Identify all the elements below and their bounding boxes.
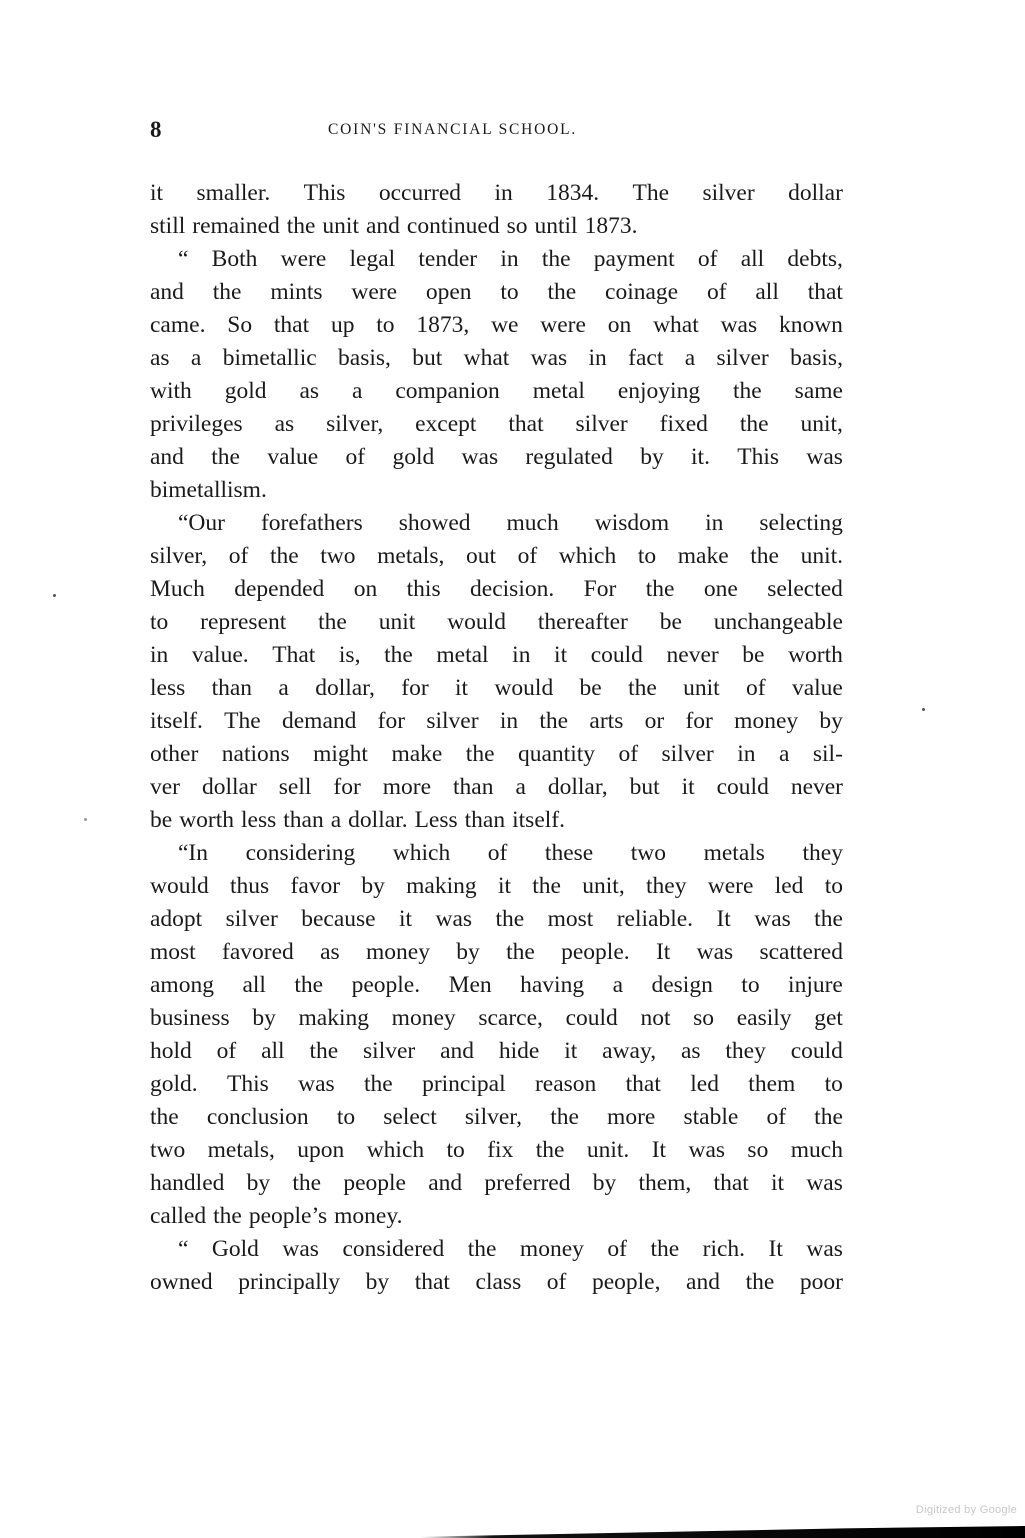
word: be: [660, 606, 682, 639]
word: tender: [418, 243, 477, 276]
word: sell: [279, 771, 312, 804]
word: metal: [533, 375, 585, 408]
word: as: [150, 342, 170, 375]
word: they: [646, 870, 686, 903]
word: 1873,: [416, 309, 469, 342]
word: It: [716, 903, 730, 936]
word: than: [453, 771, 493, 804]
word: the: [542, 243, 571, 276]
text-line: invalue.Thatis,themetalinitcouldneverbew…: [150, 639, 843, 672]
text-line: businessbymakingmoneyscarce,couldnotsoea…: [150, 1002, 843, 1035]
word: dollar: [202, 771, 257, 804]
running-head: 8 COIN'S FINANCIAL SCHOOL.: [150, 117, 842, 147]
word: basis,: [790, 342, 843, 375]
word: led: [690, 1068, 719, 1101]
word: unit: [683, 672, 720, 705]
word: by: [366, 1266, 390, 1299]
word: the: [213, 276, 242, 309]
word: a: [278, 672, 288, 705]
word: until: [535, 210, 578, 243]
word: it: [399, 903, 412, 936]
word: The: [224, 705, 261, 738]
text-line: holdofallthesilverandhideitaway,astheyco…: [150, 1035, 843, 1068]
digitized-watermark: Digitized by Google: [916, 1504, 1017, 1516]
word: itself.: [512, 804, 565, 837]
word: worth: [788, 639, 843, 672]
word: be: [580, 672, 602, 705]
word: two: [150, 1134, 185, 1167]
word: in: [589, 342, 607, 375]
word: that: [808, 276, 843, 309]
word: continued: [407, 210, 500, 243]
word: that: [508, 408, 543, 441]
word: of: [547, 1266, 567, 1299]
word: regulated: [525, 441, 612, 474]
word: could: [791, 1035, 843, 1068]
word: all: [242, 969, 266, 1002]
word: was: [806, 1167, 843, 1200]
text-line: verdollarsellformorethanadollar,butitcou…: [150, 771, 843, 804]
word: it: [498, 870, 511, 903]
text-line: handledbythepeopleandpreferredbythem,tha…: [150, 1167, 843, 1200]
word: never: [667, 639, 719, 672]
word: the: [309, 1035, 338, 1068]
word: we: [491, 309, 518, 342]
word: the: [733, 375, 762, 408]
word: it: [554, 639, 567, 672]
word: the: [650, 1233, 679, 1266]
word: Gold: [212, 1233, 259, 1266]
word: the: [213, 1200, 242, 1233]
word: would: [494, 672, 553, 705]
word: to: [447, 1134, 465, 1167]
word: to: [150, 606, 168, 639]
word: in: [512, 639, 530, 672]
word: for: [401, 672, 428, 705]
word: were: [351, 276, 397, 309]
word: was: [462, 441, 499, 474]
word: mints: [270, 276, 322, 309]
word: on: [354, 573, 378, 606]
word: the: [292, 1167, 321, 1200]
word: The: [632, 177, 669, 210]
word: unit: [322, 210, 359, 243]
word: came.: [150, 309, 205, 342]
word: were: [540, 309, 586, 342]
word: could: [566, 1002, 618, 1035]
word: a: [352, 375, 362, 408]
word: in: [737, 738, 755, 771]
word: conclusion: [207, 1101, 309, 1134]
word: injure: [788, 969, 843, 1002]
word: same: [795, 375, 843, 408]
word: unchangeable: [714, 606, 843, 639]
word: other: [150, 738, 198, 771]
word: dollar,: [548, 771, 608, 804]
word: the: [495, 903, 524, 936]
word: thus: [230, 870, 269, 903]
word: of: [698, 243, 718, 276]
word: more: [383, 771, 431, 804]
word: value: [267, 441, 318, 474]
word: by: [819, 705, 843, 738]
word: the: [548, 276, 577, 309]
word: the: [646, 573, 675, 606]
word: and: [428, 1167, 462, 1200]
word: money: [366, 936, 430, 969]
word: showed: [399, 507, 471, 540]
word: a: [191, 342, 201, 375]
word: was: [688, 1134, 725, 1167]
word: This: [304, 177, 346, 210]
word: among: [150, 969, 214, 1002]
word: silver,: [465, 1101, 522, 1134]
word: of: [766, 1101, 786, 1134]
word: much: [791, 1134, 843, 1167]
word: in: [500, 243, 518, 276]
word: out: [466, 540, 496, 573]
word: would: [447, 606, 506, 639]
word: called: [150, 1200, 206, 1233]
word: quantity: [518, 738, 595, 771]
word: Much: [150, 573, 205, 606]
word: That: [272, 639, 315, 672]
word: to: [741, 969, 759, 1002]
word: owned: [150, 1266, 213, 1299]
word: silver: [363, 1035, 415, 1068]
word: by: [456, 936, 480, 969]
word: so: [747, 1134, 768, 1167]
word: bimetallic: [223, 342, 317, 375]
word: that: [274, 309, 309, 342]
word: but: [412, 342, 442, 375]
word: what: [464, 342, 510, 375]
word: all: [741, 243, 765, 276]
text-line: gold.Thiswastheprincipalreasonthatledthe…: [150, 1068, 843, 1101]
word: itself.: [150, 705, 203, 738]
text-line: bimetallism.: [150, 474, 843, 507]
word: to: [638, 540, 656, 573]
word: of: [618, 738, 638, 771]
scan-speck: [53, 594, 56, 597]
word: but: [630, 771, 660, 804]
word: the: [814, 1101, 843, 1134]
word: and: [366, 210, 400, 243]
word: could: [717, 771, 769, 804]
page-number: 8: [150, 117, 162, 143]
word: most: [150, 936, 196, 969]
word: silver: [662, 738, 714, 771]
word: the: [294, 969, 323, 1002]
word: in: [494, 177, 512, 210]
word: and: [440, 1035, 474, 1068]
word: of: [229, 540, 249, 573]
word: was: [531, 342, 568, 375]
word: people: [343, 1167, 406, 1200]
word: scarce,: [478, 1002, 543, 1035]
word: these: [545, 837, 593, 870]
word: 1834.: [546, 177, 599, 210]
word: be: [150, 804, 172, 837]
word: For: [584, 573, 617, 606]
word: that: [714, 1167, 749, 1200]
word: dollar: [788, 177, 843, 210]
word: silver: [702, 177, 754, 210]
word: to: [500, 276, 518, 309]
word: principally: [238, 1266, 340, 1299]
text-line: calledthepeople’smoney.: [150, 1200, 843, 1233]
word: all: [755, 276, 779, 309]
word: which: [367, 1134, 424, 1167]
text-line: othernationsmightmakethequantityofsilver…: [150, 738, 843, 771]
text-line: withgoldasacompanionmetalenjoyingthesame: [150, 375, 843, 408]
word: than: [465, 804, 505, 837]
word: a: [515, 771, 525, 804]
word: by: [593, 1167, 617, 1200]
word: of: [746, 672, 766, 705]
word: all: [261, 1035, 285, 1068]
word: a: [331, 804, 341, 837]
word: It: [769, 1233, 783, 1266]
word: thereafter: [538, 606, 628, 639]
text-line: lessthanadollar,foritwouldbetheunitofval…: [150, 672, 843, 705]
word: might: [313, 738, 368, 771]
word: as: [320, 936, 340, 969]
word: wisdom: [595, 507, 669, 540]
word: most: [548, 903, 594, 936]
word: to: [825, 870, 843, 903]
word: in: [705, 507, 723, 540]
word: and: [686, 1266, 720, 1299]
word: arts: [589, 705, 623, 738]
word: nations: [222, 738, 290, 771]
word: the: [814, 903, 843, 936]
word: occurred: [379, 177, 461, 210]
word: by: [640, 441, 664, 474]
word: people.: [561, 936, 630, 969]
word: the: [384, 639, 413, 672]
word: by: [247, 1167, 271, 1200]
word: This: [737, 441, 779, 474]
word: so: [693, 1002, 714, 1035]
word: as: [681, 1035, 701, 1068]
word: considering: [246, 837, 356, 870]
word: preferred: [484, 1167, 570, 1200]
text-line: “Bothwerelegaltenderinthepaymentofalldeb…: [150, 243, 843, 276]
scan-edge-shadow: [420, 1518, 1025, 1538]
word: decision.: [470, 573, 554, 606]
text-line: amongallthepeople.Menhavingadesigntoinju…: [150, 969, 843, 1002]
word: dollar.: [348, 804, 407, 837]
word: make: [678, 540, 729, 573]
word: selecting: [759, 507, 843, 540]
word: adopt: [150, 903, 202, 936]
word: companion: [395, 375, 499, 408]
word: on: [608, 309, 632, 342]
text-line: Muchdependedonthisdecision.Fortheonesele…: [150, 573, 843, 606]
word: a: [685, 342, 695, 375]
word: value.: [192, 639, 249, 672]
word: silver: [426, 705, 478, 738]
word: which: [559, 540, 616, 573]
word: of: [217, 1035, 237, 1068]
word: design: [651, 969, 712, 1002]
word: they: [803, 837, 843, 870]
word: the: [270, 540, 299, 573]
text-line: itself.Thedemandforsilverintheartsorform…: [150, 705, 843, 738]
word: a: [779, 738, 789, 771]
word: was: [806, 1233, 843, 1266]
text-line: adoptsilverbecauseitwasthemostreliable.I…: [150, 903, 843, 936]
word: it: [771, 1167, 784, 1200]
word: the: [539, 705, 568, 738]
word: money.: [334, 1200, 402, 1233]
word: were: [281, 243, 327, 276]
word: easily: [737, 1002, 792, 1035]
word: business: [150, 1002, 230, 1035]
word: so: [507, 210, 528, 243]
text-line: ownedprincipallybythatclassofpeople,andt…: [150, 1266, 843, 1299]
word: never: [791, 771, 843, 804]
word: silver: [717, 342, 769, 375]
word: legal: [349, 243, 395, 276]
word: and: [150, 441, 184, 474]
word: the: [750, 540, 779, 573]
word: metal: [436, 639, 488, 672]
word: for: [685, 705, 712, 738]
word: be: [742, 639, 764, 672]
word: because: [301, 903, 375, 936]
word: metals,: [377, 540, 444, 573]
word: the: [532, 870, 561, 903]
word: select: [383, 1101, 437, 1134]
word: poor: [800, 1266, 843, 1299]
word: favor: [291, 870, 341, 903]
word: they: [725, 1035, 765, 1068]
word: unit: [379, 606, 416, 639]
word: less: [150, 672, 185, 705]
word: it: [150, 177, 163, 210]
text-line: andthevalueofgoldwasregulatedbyit.Thiswa…: [150, 441, 843, 474]
word: people.: [352, 969, 421, 1002]
word: smaller.: [196, 177, 270, 210]
text-line: beworthlessthanadollar.Lessthanitself.: [150, 804, 843, 837]
word: the: [211, 441, 240, 474]
word: much: [507, 507, 559, 540]
word: except: [415, 408, 476, 441]
word: it: [564, 1035, 577, 1068]
word: than: [212, 672, 252, 705]
word: coinage: [605, 276, 678, 309]
word: unit,: [800, 408, 842, 441]
word: was: [721, 309, 758, 342]
word: making: [406, 870, 477, 903]
word: or: [645, 705, 665, 738]
word: the: [740, 408, 769, 441]
word: This: [227, 1068, 269, 1101]
word: what: [653, 309, 699, 342]
word: to: [825, 1068, 843, 1101]
word: reliable.: [617, 903, 693, 936]
word: metals,: [208, 1134, 275, 1167]
word: the: [364, 1068, 393, 1101]
word: was: [754, 903, 791, 936]
word: it.: [691, 441, 710, 474]
word: remained: [192, 210, 279, 243]
text-line: mostfavoredasmoneybythepeople.Itwasscatt…: [150, 936, 843, 969]
text-line: twometals,uponwhichtofixtheunit.Itwassom…: [150, 1134, 843, 1167]
word: to: [337, 1101, 355, 1134]
word: unit.: [587, 1134, 629, 1167]
word: this: [407, 573, 441, 606]
word: of: [707, 276, 727, 309]
word: still: [150, 210, 185, 243]
word: would: [150, 870, 209, 903]
word: in: [150, 639, 168, 672]
word: basis,: [338, 342, 391, 375]
word: open: [426, 276, 472, 309]
word: making: [299, 1002, 370, 1035]
word: “Our: [178, 507, 225, 540]
word: led: [775, 870, 804, 903]
word: up: [331, 309, 355, 342]
word: of: [518, 540, 538, 573]
text-line: silver,ofthetwometals,outofwhichtomaketh…: [150, 540, 843, 573]
word: value: [792, 672, 843, 705]
word: by: [361, 870, 385, 903]
word: gold: [392, 441, 434, 474]
word: two: [631, 837, 666, 870]
word: were: [708, 870, 754, 903]
word: than: [283, 804, 323, 837]
word: fix: [487, 1134, 513, 1167]
word: silver: [226, 903, 278, 936]
word: ver: [150, 771, 180, 804]
word: of: [607, 1233, 627, 1266]
body-text: itsmaller.Thisoccurredin1834.Thesilverdo…: [150, 177, 843, 1299]
word: a: [613, 969, 623, 1002]
word: silver: [576, 408, 628, 441]
word: the: [318, 606, 347, 639]
word: the: [466, 738, 495, 771]
word: principal: [422, 1068, 506, 1101]
word: metals: [704, 837, 765, 870]
word: with: [150, 375, 192, 408]
word: as: [299, 375, 319, 408]
text-line: came.Sothatupto1873,wewereonwhatwasknown: [150, 309, 843, 342]
word: upon: [297, 1134, 344, 1167]
word: dollar,: [315, 672, 375, 705]
word: silver,: [150, 540, 207, 573]
word: forefathers: [261, 507, 363, 540]
word: two: [320, 540, 355, 573]
word: them: [748, 1068, 795, 1101]
word: less: [241, 804, 276, 837]
word: and: [150, 276, 184, 309]
word: as: [275, 408, 295, 441]
word: people,: [592, 1266, 661, 1299]
text-line: “Inconsideringwhichofthesetwometalsthey: [150, 837, 843, 870]
word: it: [682, 771, 695, 804]
word: silver,: [326, 408, 383, 441]
word: gold.: [150, 1068, 198, 1101]
word: of: [488, 837, 508, 870]
word: make: [391, 738, 442, 771]
word: away,: [602, 1035, 656, 1068]
word: Both: [212, 243, 258, 276]
word: stable: [683, 1101, 738, 1134]
word: class: [476, 1266, 522, 1299]
